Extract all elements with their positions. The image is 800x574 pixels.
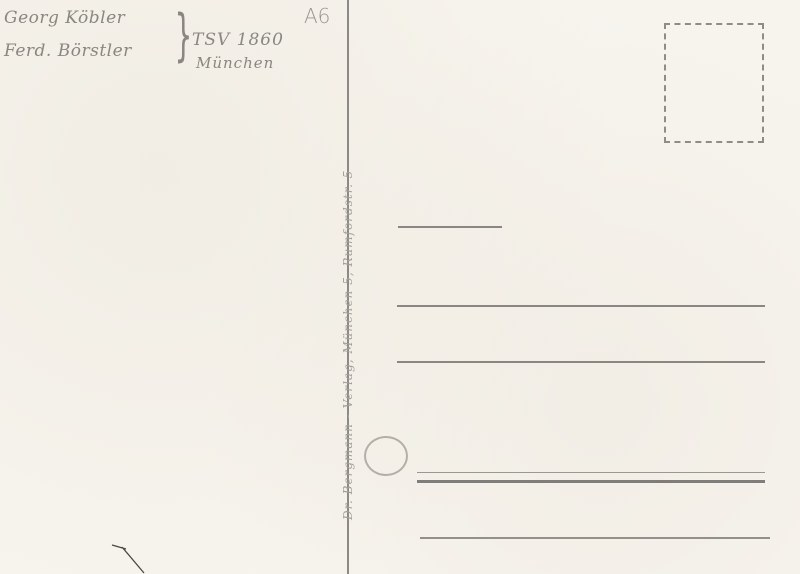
address-line-5 [420, 537, 770, 539]
address-line-3 [397, 361, 765, 363]
postcard-back: Georg Köbler Ferd. Börstler } TSV 1860 M… [0, 0, 800, 574]
publisher-imprint: Dr. Bergmann - Verlag, München 5, Rumfor… [341, 170, 355, 520]
brace-mark: } [175, 10, 180, 64]
handwritten-name-2: Ferd. Börstler [4, 41, 132, 61]
club-city: München [196, 54, 274, 72]
pencil-tick-icon [110, 543, 150, 574]
address-line-short [398, 226, 502, 228]
stamp-placeholder-box [664, 23, 764, 143]
club-name: TSV 1860 [192, 30, 284, 50]
address-line-4-lower [417, 480, 765, 483]
address-line-4-upper [417, 472, 765, 473]
postal-circle-mark [364, 436, 408, 476]
address-line-2 [397, 305, 765, 307]
reference-code: A6 [304, 4, 330, 28]
handwritten-name-1: Georg Köbler [4, 8, 125, 28]
